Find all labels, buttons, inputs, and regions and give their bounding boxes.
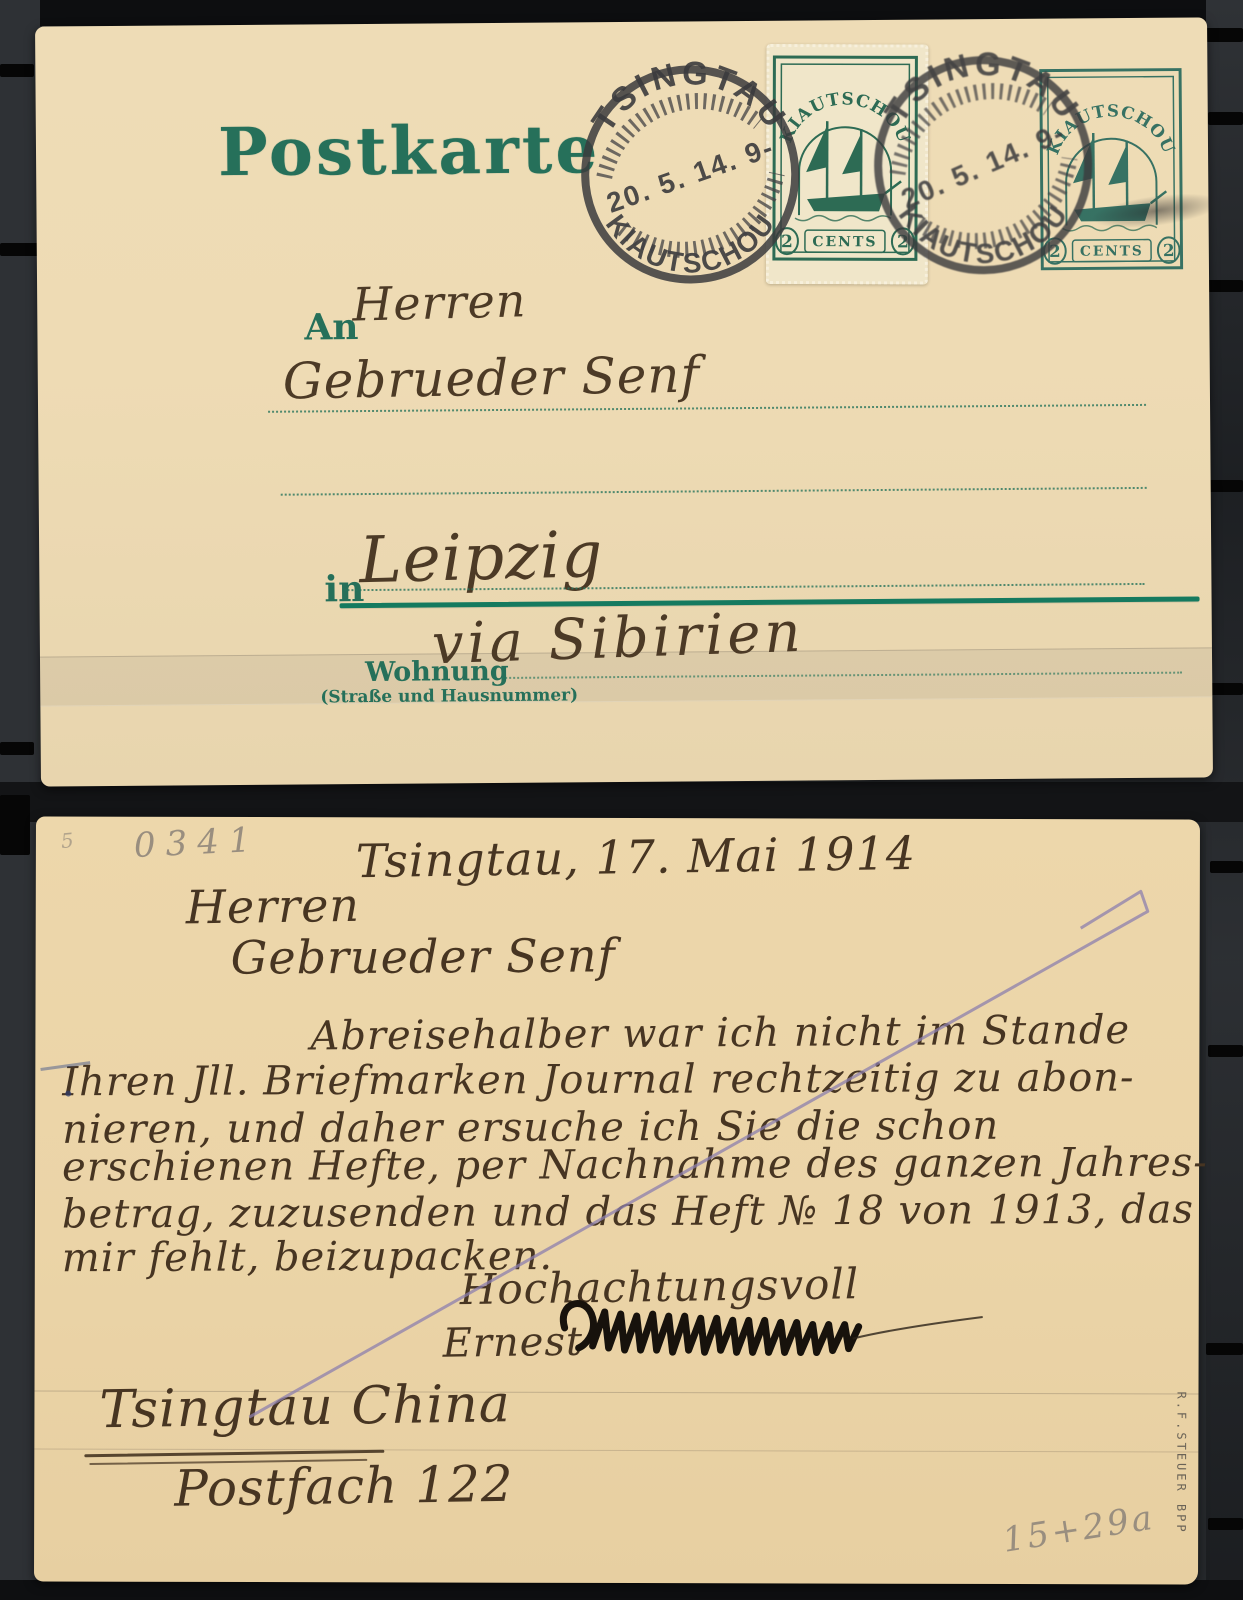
sender-city-handwriting: Tsingtau China — [99, 1374, 511, 1440]
salutation-name-handwriting: Gebrueder Senf — [230, 928, 615, 984]
an-label: An — [304, 306, 358, 348]
pencil-inventory-number: 0341 — [133, 820, 261, 866]
dateline-handwriting: Tsingtau, 17. Mai 1914 — [356, 826, 917, 888]
sender-pobox-handwriting: Postfach 122 — [174, 1455, 514, 1518]
salutation-herren-handwriting: Herren — [185, 878, 360, 935]
mount-strip-mark — [1208, 1518, 1243, 1530]
mount-strip-mark — [1208, 112, 1243, 125]
mount-strip-mark — [1206, 1343, 1243, 1355]
ink-dot-mark — [65, 1091, 71, 1097]
mount-strip-mark — [1210, 861, 1243, 873]
pencil-catalog-number: 15+29a — [1000, 1498, 1158, 1561]
sender-underline — [84, 1450, 384, 1457]
postcard-front: Postkarte KIAUTSCHOU — [35, 17, 1213, 786]
signature-scribble — [555, 1288, 995, 1374]
mount-strip-mark — [0, 64, 34, 77]
mount-strip-mark — [1206, 28, 1243, 42]
route-handwriting: via Sibirien — [431, 600, 806, 678]
expert-mark-vertical: R.F.STEUER BPP — [1174, 1391, 1188, 1581]
svg-text:TSINGTAU: TSINGTAU — [584, 54, 796, 139]
mount-strip-mark — [0, 243, 40, 256]
pencil-mark-small: 5 — [60, 828, 75, 853]
message-line: Abreisehalber war ich nicht im Stande — [310, 1007, 1130, 1059]
addressee-herren-handwriting: Herren — [352, 273, 527, 331]
mount-strip-mark — [1206, 480, 1243, 492]
city-handwriting: Leipzig — [358, 518, 604, 598]
addressee-name-handwriting: Gebrueder Senf — [282, 346, 700, 411]
message-line: Ihren Jll. Briefmarken Journal rechtzeit… — [62, 1055, 1134, 1106]
mount-strip-mark — [1208, 683, 1243, 695]
postmark-tsingtau-left: TSINGTAU KIAUTSCHOU 20. 5. 14. 9- — [569, 54, 811, 296]
postkarte-title: Postkarte — [218, 110, 601, 191]
message-line: erschienen Hefte, per Nachnahme des ganz… — [62, 1140, 1208, 1191]
postcard-back: 5 0341 Tsingtau, 17. Mai 1914 Herren Geb… — [34, 816, 1200, 1584]
address-dotted-line — [281, 487, 1147, 496]
message-line: betrag, zuzusenden und das Heft № 18 von… — [62, 1187, 1194, 1238]
stamp-value-right: 2 — [1163, 240, 1175, 260]
postmark-date: 20. 5. 14. 9- — [603, 131, 779, 219]
album-page-scan: Postkarte KIAUTSCHOU — [0, 0, 1243, 1600]
mount-strip-mark — [0, 795, 30, 855]
mount-strip-mark — [1206, 280, 1243, 292]
postmark-tsingtau-right: TSINGTAU KIAUTSCHOU 20. 5. 14. 9- — [862, 44, 1104, 286]
mount-strip-mark — [0, 742, 34, 755]
wohnung-sublabel: (Straße und Hausnummer) — [320, 685, 578, 707]
postmark-town-label: TSINGTAU — [584, 54, 796, 139]
mount-strip-mark — [1208, 1045, 1243, 1057]
